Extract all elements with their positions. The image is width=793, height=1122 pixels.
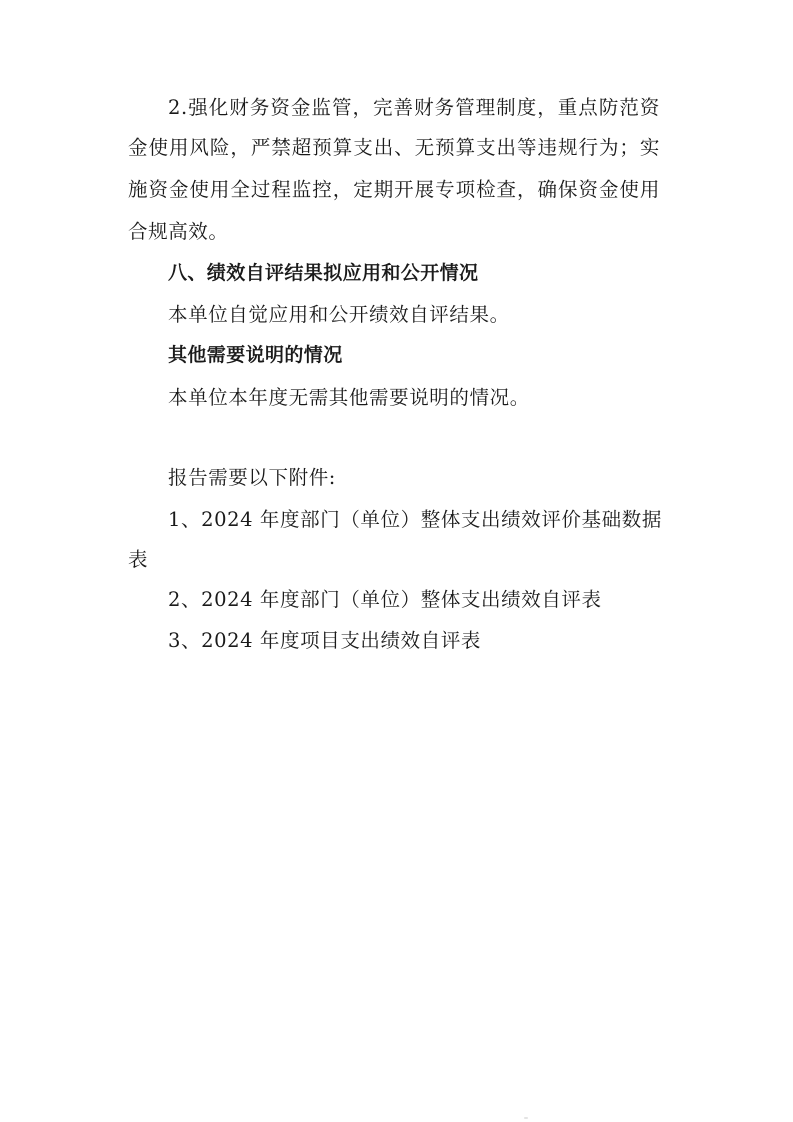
section-eight-heading: 八、绩效自评结果拟应用和公开情况 [168,260,478,286]
attachment-item-1-line-1: 1、2024 年度部门（单位）整体支出绩效评价基础数据 [168,507,660,533]
document-page: 2.强化财务资金监管，完善财务管理制度，重点防范资 金使用风险，严禁超预算支出、… [0,0,793,1122]
section-other-heading: 其他需要说明的情况 [168,342,343,368]
scan-artifact [524,1117,528,1119]
attachment-item-3: 3、2024 年度项目支出绩效自评表 [168,628,481,654]
measure-item-2-line-3: 施资金使用全过程监控，定期开展专项检查，确保资金使用 [128,177,660,203]
attachment-item-2: 2、2024 年度部门（单位）整体支出绩效自评表 [168,587,602,613]
section-eight-body: 本单位自觉应用和公开绩效自评结果。 [168,302,510,328]
section-other-body: 本单位本年度无需其他需要说明的情况。 [168,385,530,411]
attachments-intro: 报告需要以下附件: [168,465,336,491]
measure-item-2-line-4: 合规高效。 [128,219,229,245]
measure-item-2-line-2: 金使用风险，严禁超预算支出、无预算支出等违规行为；实 [128,135,660,161]
measure-item-2-line-1: 2.强化财务资金监管，完善财务管理制度，重点防范资 [168,95,660,121]
attachment-item-1-line-2: 表 [128,547,148,573]
